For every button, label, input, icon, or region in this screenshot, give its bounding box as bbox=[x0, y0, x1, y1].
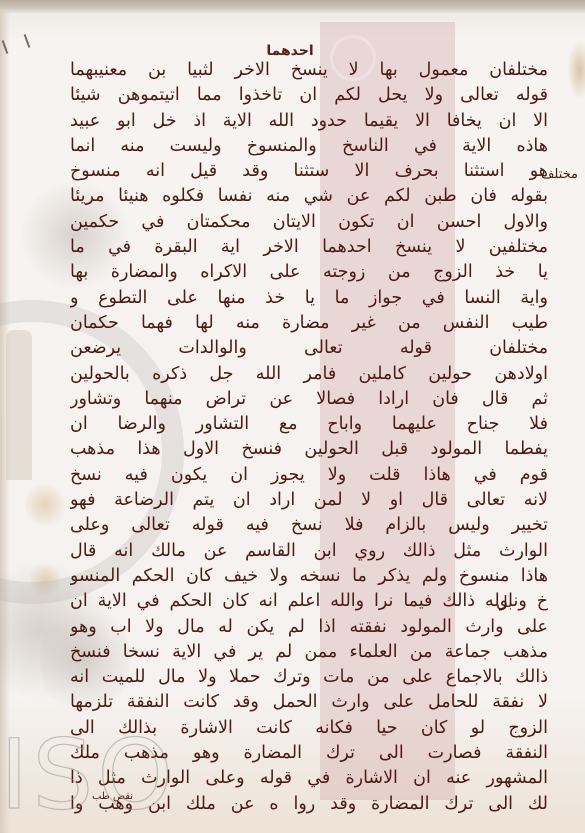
text-line: قوله تعالى ولا يحل لكم ان تاخذوا مما اتي… bbox=[70, 83, 548, 108]
text-line: الا ان يخافا الا يقيما حدود الله الاية ا… bbox=[70, 109, 548, 134]
text-line: قوم في هاذا قلت ولا يجوز ان يكون فيه نسخ bbox=[70, 463, 548, 488]
text-line: بقوله فان طبن لكم عن شي منه نفسا فكلوه ه… bbox=[70, 184, 548, 209]
pen-mark bbox=[24, 34, 31, 48]
text-line: مختلفان قوله تعالى والوالدات يرضعن bbox=[70, 336, 548, 361]
text-line: الوارث مثل ذالك روي ابن القاسم عن مالك ا… bbox=[70, 539, 548, 564]
text-line: هو استثنا بحرف الا ستثنا وقد قيل انه منس… bbox=[70, 159, 548, 184]
watermark-text: ISO bbox=[0, 735, 177, 815]
watermark-minaret-icon bbox=[6, 330, 32, 480]
text-line: طيب النفس من غير مضارة منه لها فهما حكما… bbox=[70, 311, 548, 336]
text-line: اولادهن حولين كاملين فامر الله جل ذكره ب… bbox=[70, 362, 548, 387]
text-line: مذهب جماعة من العلماء ممن لم ير في الاية… bbox=[70, 640, 548, 665]
text-line: والاول احسن ان تكون الايتان محكمتان في ح… bbox=[70, 210, 548, 235]
paper-stain bbox=[567, 40, 585, 100]
text-line: فلا جناح عليهما واباح مع التشاور والرضا … bbox=[70, 412, 548, 437]
text-line: واية النسا في جواز ما يا خذ منها على الت… bbox=[70, 286, 548, 311]
text-line: ثم قال فان ارادا فصالا عن تراض منهما وتش… bbox=[70, 387, 548, 412]
text-line: هاذا منسوخ ولم يذكر ما نسخه ولا خيف كان … bbox=[70, 564, 548, 589]
text-line: لانه تعالى قال او لا لمن اراد ان يتم الر… bbox=[70, 488, 548, 513]
text-line: على وارث المولود نفقته اذا لم يكن له مال… bbox=[70, 615, 548, 640]
right-margin-note: مختلف bbox=[548, 168, 578, 182]
manuscript-page: احدهما مختلفان معمول بها لا ينسخ الاخر ل… bbox=[0, 0, 585, 833]
manuscript-text-body: مختلفان معمول بها لا ينسخ الاخر لثبيا بن… bbox=[70, 58, 548, 817]
text-line: تخيير وليس بالزام فلا نسخ فيه قوله تعالى… bbox=[70, 513, 548, 538]
text-line: مختلفين لا ينسخ احدهما الاخر اية البقرة … bbox=[70, 235, 548, 260]
text-line: هاذه الاية في الناسخ والمنسوخ وليست منه … bbox=[70, 134, 548, 159]
text-line: خ وناوله ذالك فيما نرا والله اعلم انه كا… bbox=[70, 589, 548, 614]
text-line: يفطما المولود قبل الحولين فنسخ الاول هذا… bbox=[70, 437, 548, 462]
text-line: ذالك بالاجماع على من مات وترك حملا ولا م… bbox=[70, 665, 548, 690]
text-line: يا خذ الزوج من زوجته على الاكراه والمضار… bbox=[70, 260, 548, 285]
section-heading: احدهما bbox=[250, 43, 330, 59]
text-line: لا نفقة للحامل على وارث الحمل وقد كانت ا… bbox=[70, 690, 548, 715]
text-line: مختلفان معمول بها لا ينسخ الاخر لثبيا بن… bbox=[70, 58, 548, 83]
left-margin-note: بل bbox=[496, 592, 513, 611]
